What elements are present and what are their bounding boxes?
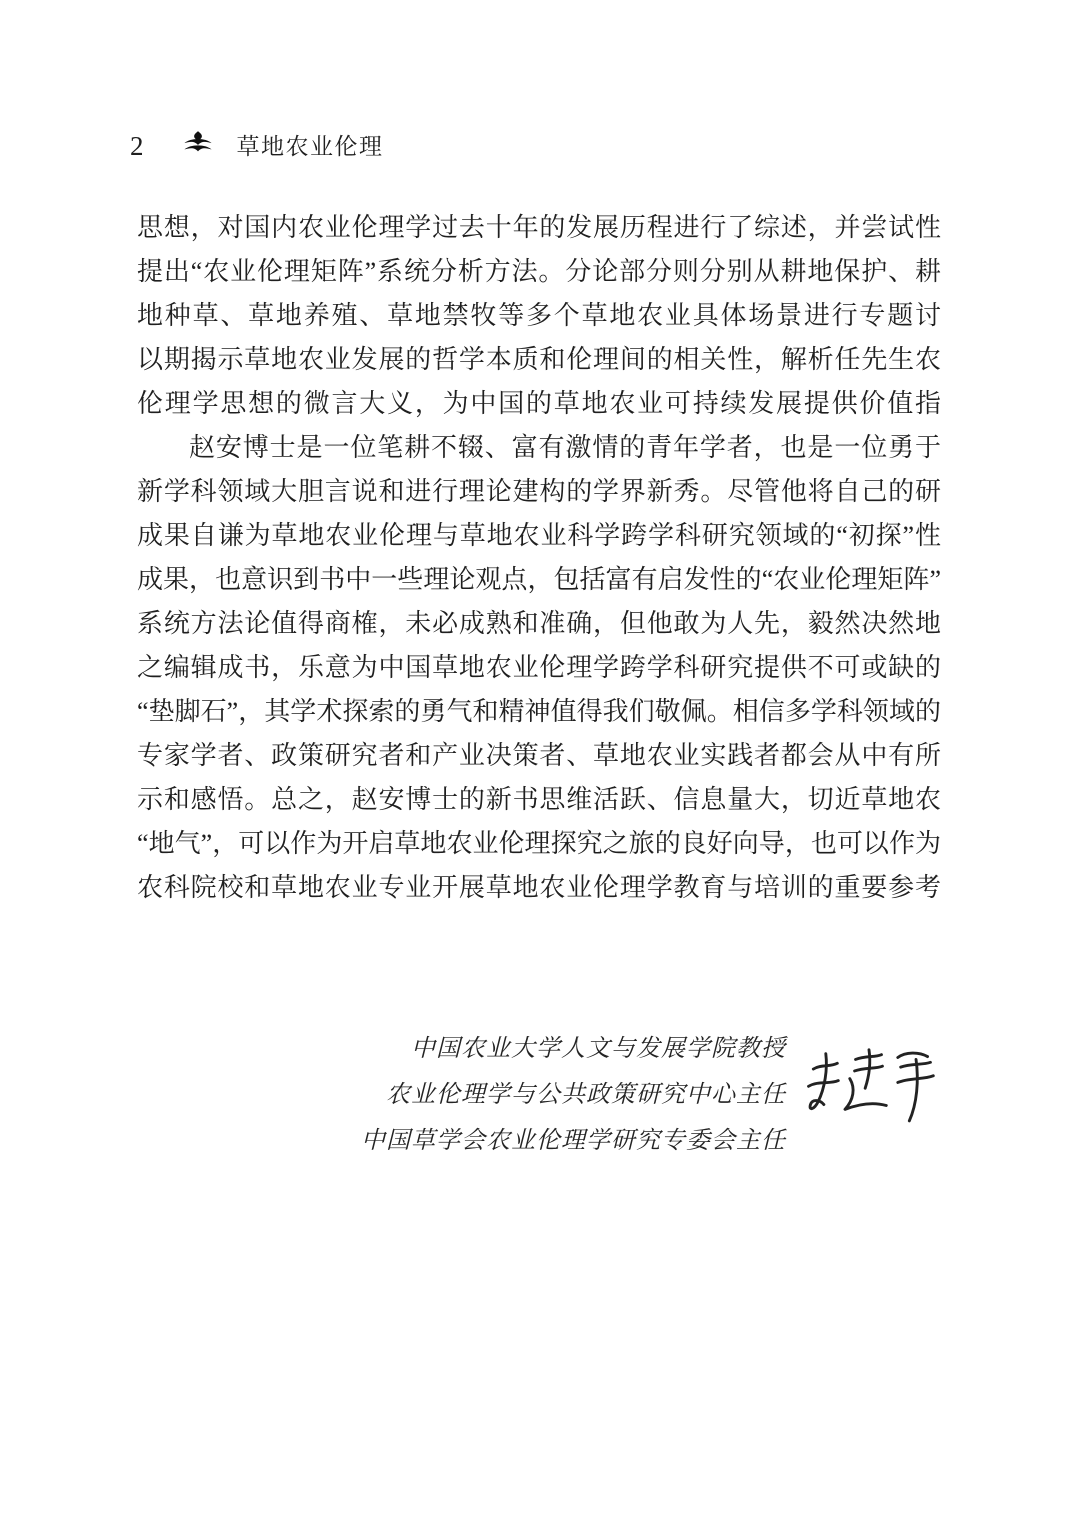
paragraph-2: 赵安博士是一位笔耕不辍、富有激情的青年学者，也是一位勇于在 新学科领域大胆言说和… — [137, 426, 941, 910]
text-line: 系统方法论值得商榷，未必成熟和准确，但他敢为人先，毅然决然地将 — [137, 602, 941, 646]
open-book-logo-icon — [181, 130, 215, 163]
text-line: “地气”，可以作为开启草地农业伦理探究之旅的良好向导，也可以作为 — [137, 822, 941, 866]
text-line: 思想，对国内农业伦理学过去十年的发展历程进行了综述，并尝试性地 — [137, 206, 941, 250]
page-number: 2 — [130, 129, 144, 163]
author-attribution-block: 中国农业大学人文与发展学院教授 农业伦理学与公共政策研究中心主任 中国草学会农业… — [361, 1026, 786, 1164]
text-line: “垫脚石”，其学术探索的勇气和精神值得我们敬佩。相信多学科领域的 — [137, 690, 941, 734]
paragraph-1: 思想，对国内农业伦理学过去十年的发展历程进行了综述，并尝试性地 提出“农业伦理矩… — [137, 206, 941, 426]
text-line: 成果自谦为草地农业伦理与草地农业科学跨学科研究领域的“初探”性 — [137, 514, 941, 558]
text-line: 新学科领域大胆言说和进行理论建构的学界新秀。尽管他将自己的研究 — [137, 470, 941, 514]
text-line: 地种草、草地养殖、草地禁牧等多个草地农业具体场景进行专题讨论， — [137, 294, 941, 338]
attribution-line: 农业伦理学与公共政策研究中心主任 — [361, 1072, 786, 1118]
running-head-title: 草地农业伦理 — [237, 129, 384, 163]
running-header: 2 草地农业伦理 — [130, 129, 384, 163]
text-line: 赵安博士是一位笔耕不辍、富有激情的青年学者，也是一位勇于在 — [137, 426, 941, 470]
text-line: 以期揭示草地农业发展的哲学本质和伦理间的相关性，解析任先生农业 — [137, 338, 941, 382]
text-line: 示和感悟。总之，赵安博士的新书思维活跃、信息量大，切近草地农业 — [137, 778, 941, 822]
attribution-line: 中国农业大学人文与发展学院教授 — [361, 1026, 786, 1072]
text-line: 成果，也意识到书中一些理论观点，包括富有启发性的“农业伦理矩阵” — [137, 558, 941, 602]
text-line: 农科院校和草地农业专业开展草地农业伦理学教育与培训的重要参考书。 — [137, 866, 941, 910]
text-line: 伦理学思想的微言大义，为中国的草地农业可持续发展提供价值指引。 — [137, 382, 941, 426]
text-line: 之编辑成书，乐意为中国草地农业伦理学跨学科研究提供不可或缺的 — [137, 646, 941, 690]
book-page: 2 草地农业伦理 思想，对国内农业伦理学过去十年的发展历程进行了综述，并尝试性地… — [0, 0, 1080, 1525]
page-body-text: 思想，对国内农业伦理学过去十年的发展历程进行了综述，并尝试性地 提出“农业伦理矩… — [137, 206, 941, 910]
attribution-line: 中国草学会农业伦理学研究专委会主任 — [361, 1118, 786, 1164]
handwritten-signature — [800, 1046, 938, 1147]
text-line: 提出“农业伦理矩阵”系统分析方法。分论部分则分别从耕地保护、耕 — [137, 250, 941, 294]
text-line: 专家学者、政策研究者和产业决策者、草地农业实践者都会从中有所启 — [137, 734, 941, 778]
